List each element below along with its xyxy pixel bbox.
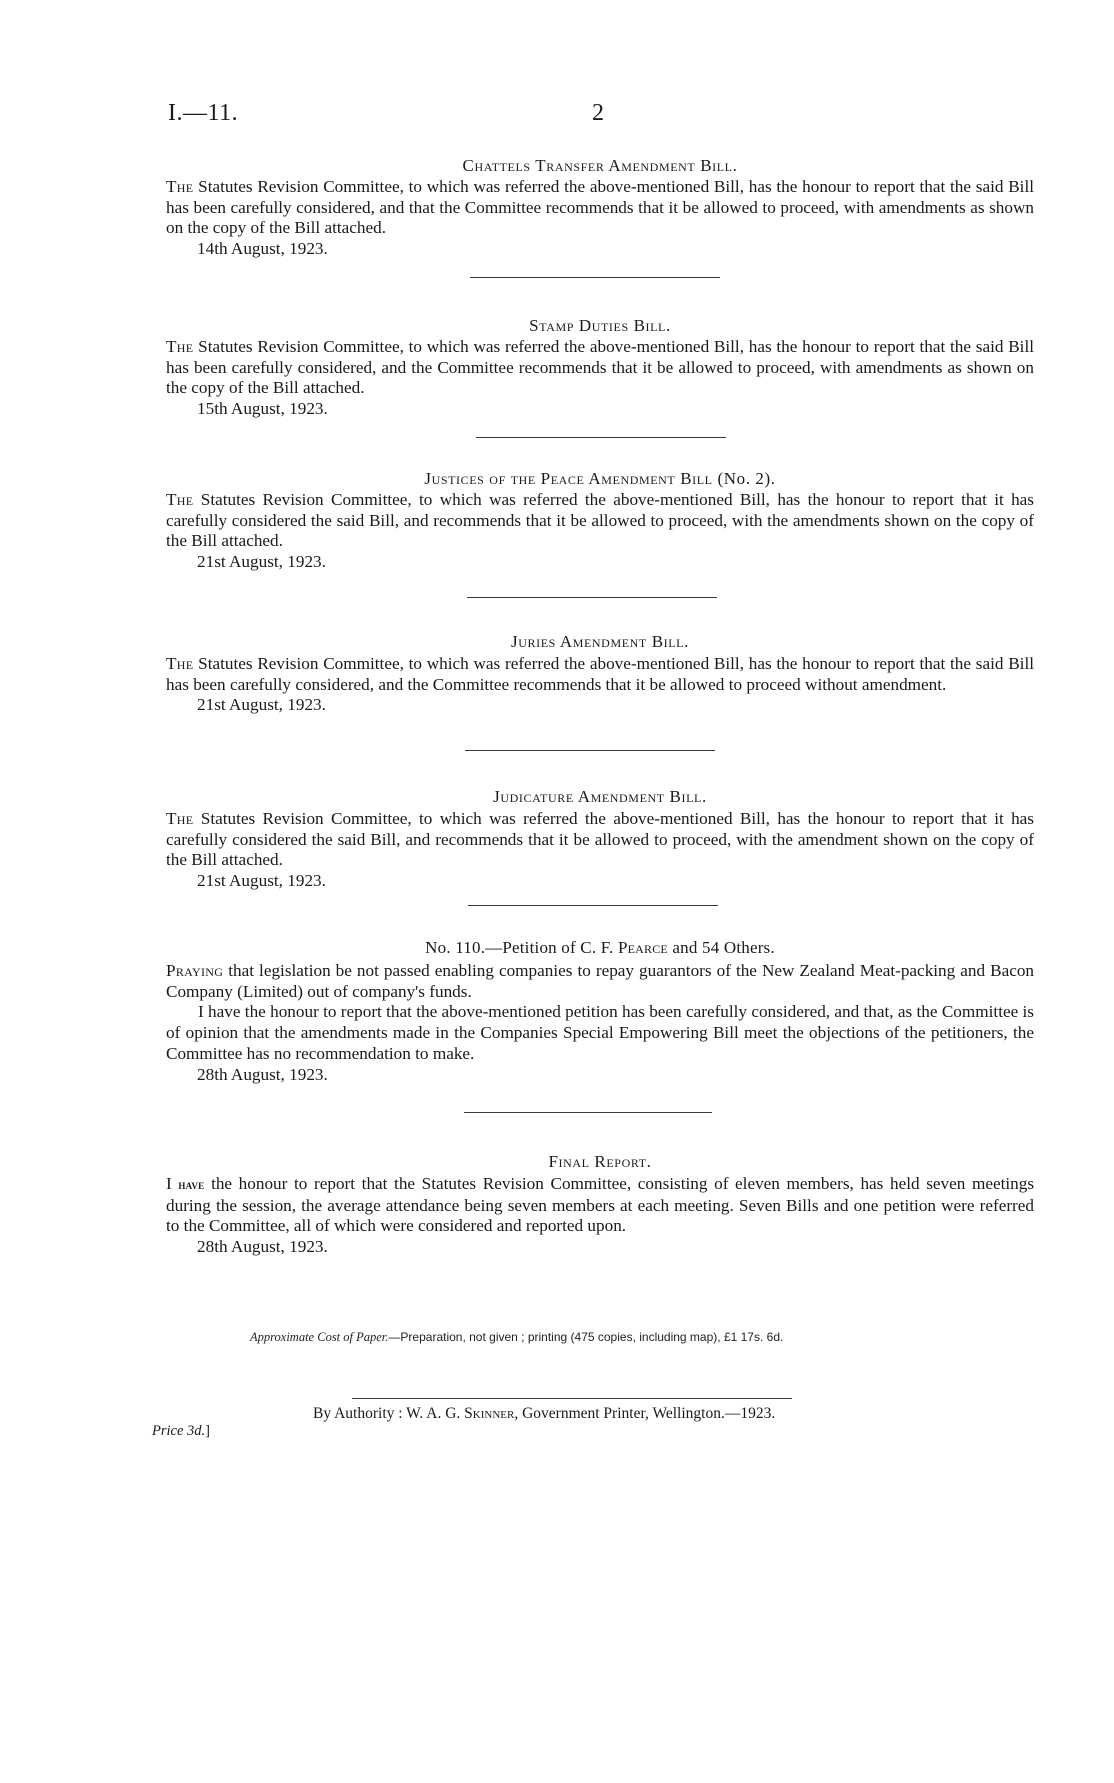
report-date: 28th August, 1923. [166, 1065, 1034, 1086]
printer-authority: By Authority : W. A. G. Skinner, Governm… [313, 1405, 775, 1423]
report-date: 21st August, 1923. [166, 552, 1034, 573]
footer-divider [352, 1398, 792, 1399]
section-divider [465, 750, 715, 751]
petitioner-name: Pearce [618, 938, 668, 957]
price-bracket: ] [205, 1423, 210, 1439]
printer-name: Skinner [464, 1405, 514, 1422]
report-text: Statutes Revision Committee, to which wa… [166, 809, 1034, 869]
section-divider [476, 437, 726, 438]
section-heading-chattels: Chattels Transfer Amendment Bill. [166, 156, 1034, 176]
report-paragraph: I have the honour to report that the abo… [166, 1002, 1034, 1064]
section-heading-judicature: Judicature Amendment Bill. [166, 787, 1034, 807]
lead-word: The [166, 490, 193, 509]
section-divider [468, 905, 718, 906]
report-text: the honour to report that the Statutes R… [166, 1174, 1034, 1235]
report-date: 28th August, 1923. [166, 1237, 1034, 1258]
report-text: Statutes Revision Committee, to which wa… [166, 177, 1034, 237]
report-paragraph: The Statutes Revision Committee, to whic… [166, 654, 1034, 695]
section-body-juries: The Statutes Revision Committee, to whic… [166, 654, 1034, 716]
lead-word: The [166, 809, 193, 828]
cost-label: Approximate Cost of Paper. [250, 1330, 388, 1344]
lead-word: have [178, 1177, 204, 1192]
section-body-stamp-duties: The Statutes Revision Committee, to whic… [166, 337, 1034, 420]
section-divider [467, 597, 717, 598]
lead-word: The [166, 337, 193, 356]
section-heading-juries: Juries Amendment Bill. [166, 632, 1034, 652]
price-text: Price 3d. [152, 1423, 205, 1439]
section-body-chattels: The Statutes Revision Committee, to whic… [166, 177, 1034, 260]
page-number: 2 [592, 100, 604, 127]
section-body-petition: Praying that legislation be not passed e… [166, 961, 1034, 1085]
report-date: 21st August, 1923. [166, 695, 1034, 716]
section-heading-petition: No. 110.—Petition of C. F. Pearce and 54… [166, 938, 1034, 958]
report-paragraph: The Statutes Revision Committee, to whic… [166, 490, 1034, 552]
report-paragraph: The Statutes Revision Committee, to whic… [166, 809, 1034, 871]
section-body-justices-of-the-peace: The Statutes Revision Committee, to whic… [166, 490, 1034, 573]
authority-prefix: By Authority : W. A. G. [313, 1405, 460, 1422]
lead-word: Praying [166, 961, 223, 980]
report-text: Statutes Revision Committee, to which wa… [166, 490, 1034, 550]
lead-letter: I [166, 1174, 172, 1193]
section-heading-justices-of-the-peace: Justices of the Peace Amendment Bill (No… [166, 469, 1034, 489]
report-paragraph: I have the honour to report that the Sta… [166, 1174, 1034, 1237]
lead-word: The [166, 654, 193, 673]
price: Price 3d.] [152, 1423, 210, 1440]
section-heading-final-report: Final Report. [166, 1152, 1034, 1172]
heading-number: (No. 2). [717, 469, 775, 488]
document-reference: I.—11. [168, 100, 238, 127]
report-paragraph: The Statutes Revision Committee, to whic… [166, 337, 1034, 399]
section-heading-stamp-duties: Stamp Duties Bill. [166, 316, 1034, 336]
petition-prayer: Praying that legislation be not passed e… [166, 961, 1034, 1002]
report-date: 21st August, 1923. [166, 871, 1034, 892]
section-divider [464, 1112, 712, 1113]
report-date: 15th August, 1923. [166, 399, 1034, 420]
prayer-text: that legislation be not passed enabling … [166, 961, 1034, 1001]
authority-suffix: , Government Printer, Wellington.—1923. [514, 1405, 775, 1422]
section-divider [470, 277, 720, 278]
cost-of-paper-note: Approximate Cost of Paper.—Preparation, … [250, 1330, 783, 1345]
petition-number: No. 110.—Petition of C. F. [425, 938, 613, 957]
report-text: Statutes Revision Committee, to which wa… [166, 337, 1034, 397]
report-text: Statutes Revision Committee, to which wa… [166, 654, 1034, 694]
cost-text: —Preparation, not given ; printing (475 … [388, 1330, 783, 1344]
section-body-final-report: I have the honour to report that the Sta… [166, 1174, 1034, 1258]
report-paragraph: The Statutes Revision Committee, to whic… [166, 177, 1034, 239]
petitioner-count: and 54 Others. [672, 938, 774, 957]
report-date: 14th August, 1923. [166, 239, 1034, 260]
heading-title: Justices of the Peace Amendment Bill [424, 469, 712, 488]
lead-word: The [166, 177, 193, 196]
section-body-judicature: The Statutes Revision Committee, to whic… [166, 809, 1034, 892]
